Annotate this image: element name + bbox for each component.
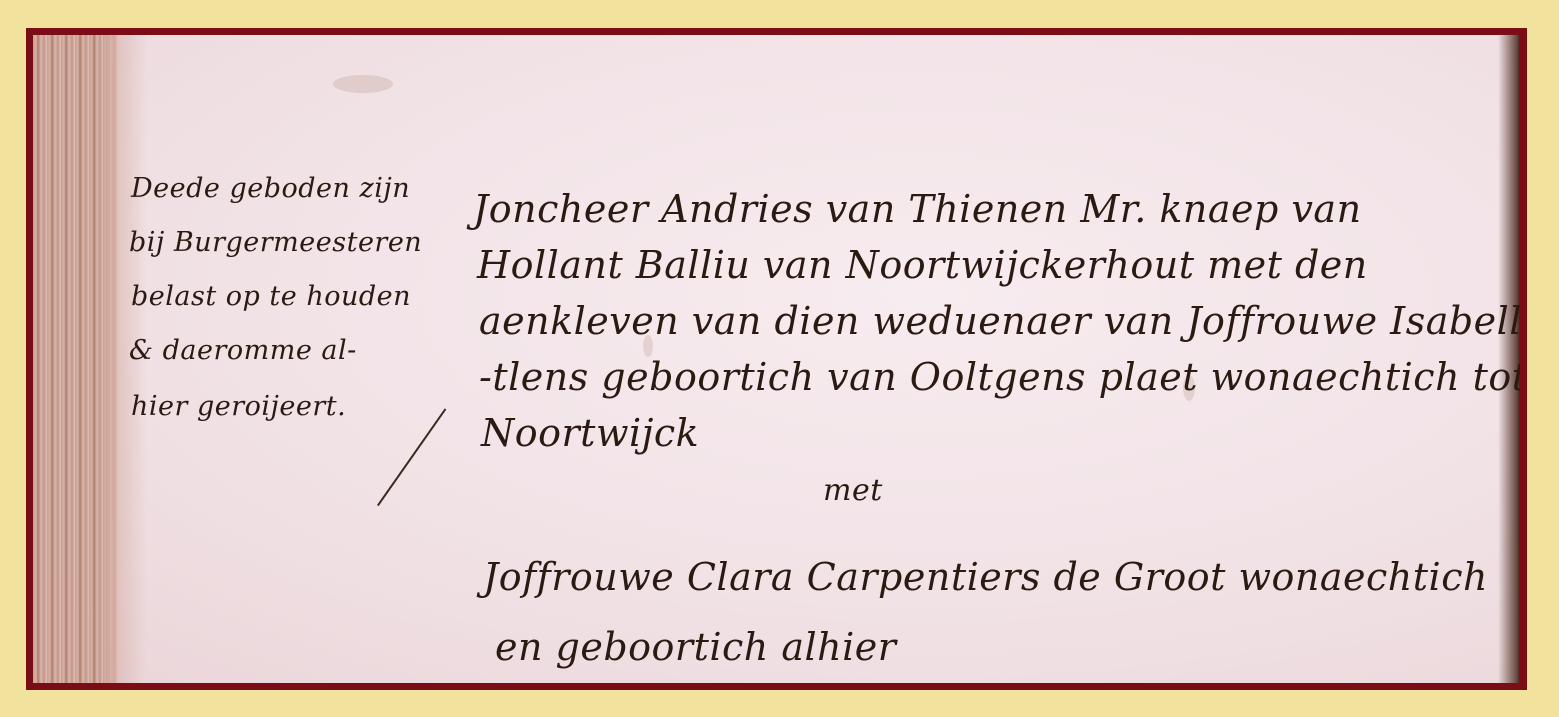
manuscript-page: Deede geboden zijn bij Burgermeesteren b… (33, 35, 1520, 683)
pen-stroke-divider (377, 408, 446, 506)
margin-line-3: belast op te houden (131, 281, 411, 312)
margin-line-1: Deede geboden zijn (131, 173, 410, 204)
background-band (26, 690, 1527, 717)
margin-line-4: & daeromme al- (129, 335, 357, 366)
margin-line-5: hier geroijeert. (131, 391, 346, 422)
paper-stain (333, 75, 393, 93)
groom-line-3: aenkleven van dien weduenaer van Joffrou… (479, 299, 1527, 343)
groom-line-5: Noortwijck (481, 411, 699, 455)
manuscript-frame: Deede geboden zijn bij Burgermeesteren b… (26, 28, 1527, 690)
groom-line-2: Hollant Balliu van Noortwijckerhout met … (477, 243, 1368, 287)
groom-line-4: -tlens geboortich van Ooltgens plaet won… (479, 355, 1527, 399)
bride-line-2: en geboortich alhier (495, 625, 896, 669)
conjunction-met: met (823, 473, 883, 508)
bride-line-1: Joffrouwe Clara Carpentiers de Groot won… (483, 555, 1488, 599)
groom-line-1: Joncheer Andries van Thienen Mr. knaep v… (473, 187, 1362, 231)
margin-line-2: bij Burgermeesteren (129, 227, 422, 258)
page-edge-binding (33, 35, 117, 683)
